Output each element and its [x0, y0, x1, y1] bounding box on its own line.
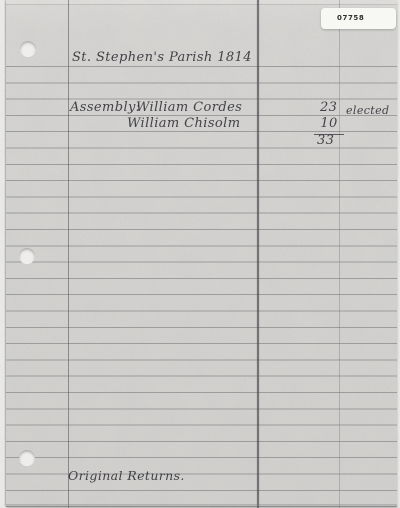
- candidate-1-votes: 23: [320, 100, 337, 116]
- handwritten-footer: Original Returns.: [68, 468, 185, 484]
- catalog-number: 07758: [321, 8, 396, 29]
- handwritten-title: St. Stephen's Parish 1814: [72, 50, 252, 66]
- candidate-1-elected-note: elected: [346, 103, 389, 119]
- punch-hole-bottom: [19, 450, 35, 466]
- punch-hole-top: [20, 41, 36, 57]
- office-label: Assembly:: [70, 100, 141, 116]
- punch-hole-middle: [19, 248, 35, 264]
- paper-bottom-edge: [6, 504, 397, 507]
- catalog-sticker: 07758: [321, 8, 396, 29]
- left-margin-rule: [68, 0, 69, 508]
- scanned-ledger-page: 07758 St. Stephen's Parish 1814 Assembly…: [0, 0, 400, 508]
- vote-total: 33: [317, 133, 334, 149]
- right-column-rule: [339, 0, 340, 508]
- candidate-1-name: William Cordes: [136, 100, 242, 116]
- candidate-2-name: William Chisolm: [127, 116, 240, 132]
- center-column-rule: [257, 0, 259, 508]
